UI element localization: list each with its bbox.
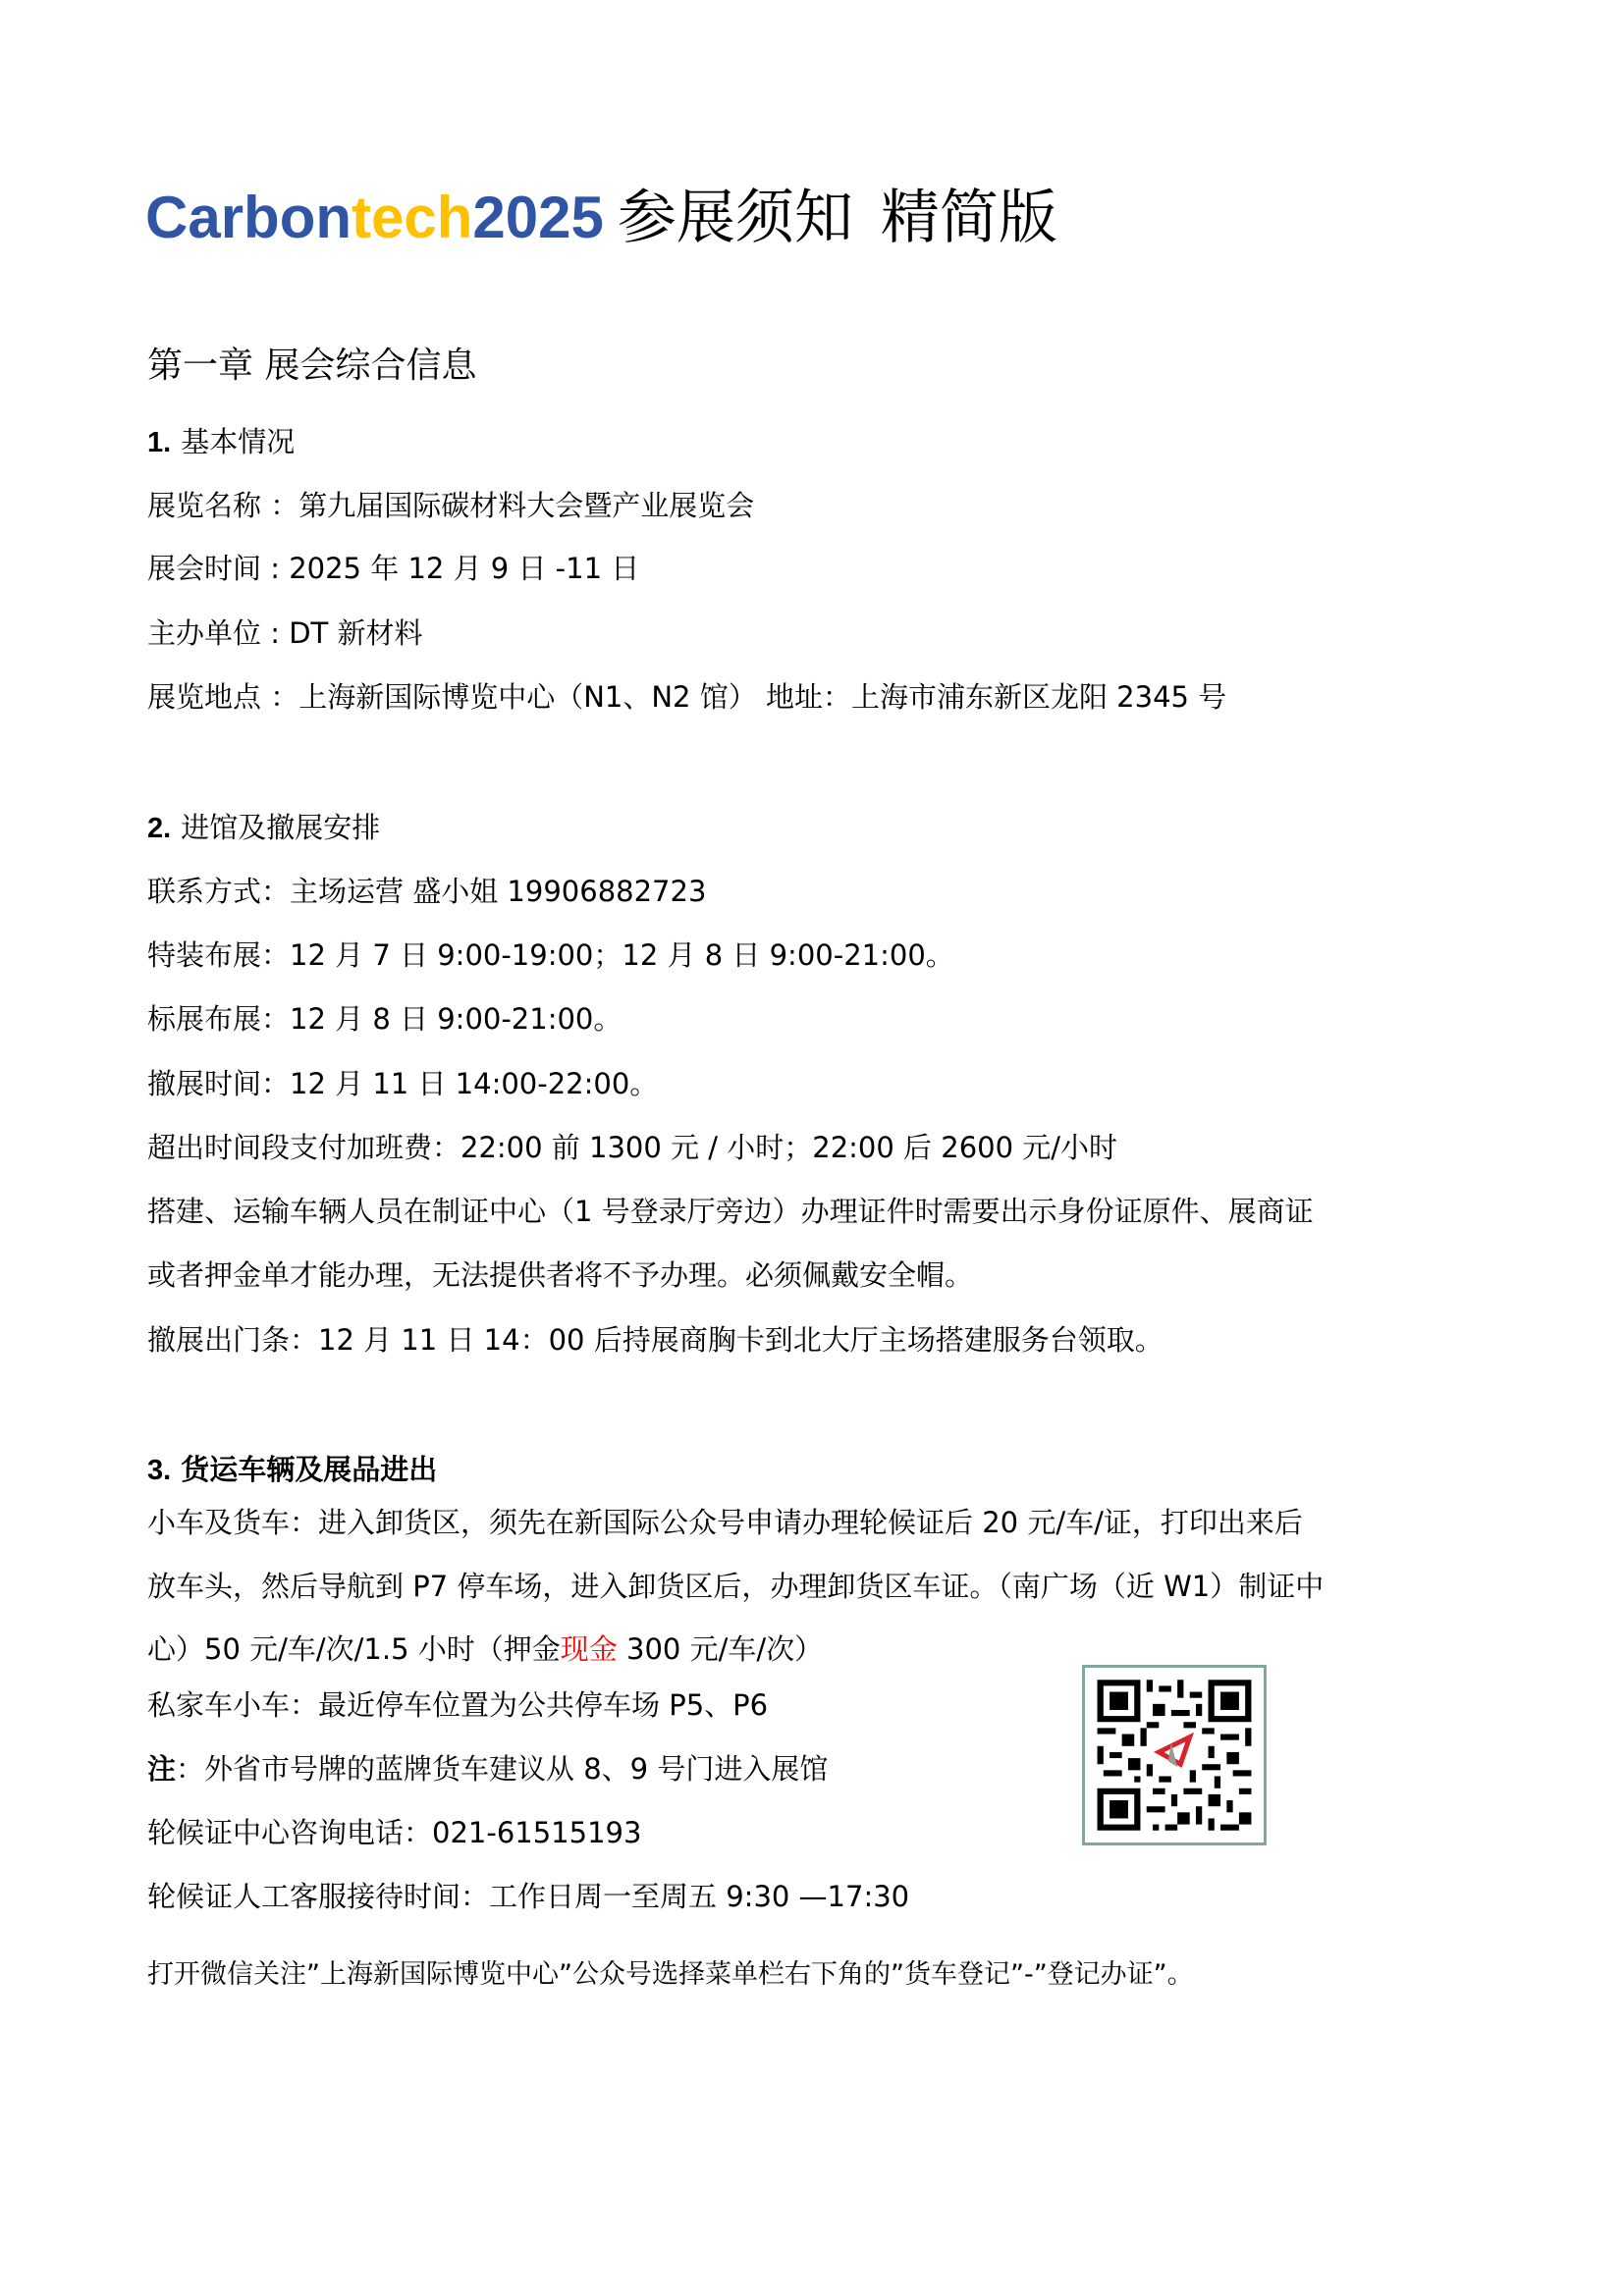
title-carbon: Carbon xyxy=(145,185,352,250)
cash-highlight: 现金 xyxy=(561,1632,618,1666)
truck-info-line1: 小车及货车：进入卸货区，须先在新国际公众号申请办理轮候证后 20 元/车/证，打… xyxy=(147,1503,1303,1542)
title-edition: 精简版 xyxy=(881,184,1057,252)
private-car-parking: 私家车小车：最近停车位置为公共停车场 P5、P6 xyxy=(147,1685,768,1725)
truck-info-line3: 心）50 元/车/次/1.5 小时（押金现金 300 元/车/次） xyxy=(147,1629,823,1669)
truck-fee-text: 心）50 元/车/次/1.5 小时（押金 xyxy=(147,1632,561,1666)
queue-pass-hotline: 轮候证中心咨询电话：021-61515193 xyxy=(147,1813,641,1852)
info-organizer: 主办单位 : DT 新材料 xyxy=(147,614,422,653)
deposit-text: 300 元/车/次） xyxy=(618,1632,823,1666)
section-1-heading: 1.基本情况 xyxy=(147,422,295,462)
truck-info-line2: 放车头，然后导航到 P7 停车场，进入卸货区后，办理卸货区车证。（南广场（近 W… xyxy=(147,1567,1324,1606)
info-exhibition-name: 展览名称 ：第九届国际碳材料大会暨产业展览会 xyxy=(147,486,754,525)
title-cn: 参展须知 xyxy=(618,184,853,252)
section-2-heading: 2.进馆及撤展安排 xyxy=(147,808,380,848)
standard-booth-setup: 标展布展：12 月 8 日 9:00-21:00。 xyxy=(147,999,622,1039)
qr-code-icon xyxy=(1082,1665,1267,1845)
title-year: 2025 xyxy=(472,185,603,250)
note-text: ：外省市号牌的蓝牌货车建议从 8、9 号门进入展馆 xyxy=(176,1752,828,1786)
section-number: 1. xyxy=(147,427,171,458)
chapter-heading: 第一章 展会综合信息 xyxy=(147,344,476,389)
section-number: 2. xyxy=(147,813,171,844)
note-line: 注：外省市号牌的蓝牌货车建议从 8、9 号门进入展馆 xyxy=(147,1749,828,1789)
info-exhibition-time: 展会时间 : 2025 年 12 月 9 日 -11 日 xyxy=(147,549,639,588)
section-title: 货运车辆及展品进出 xyxy=(181,1453,437,1486)
overtime-fee: 超出时间段支付加班费：22:00 前 1300 元 / 小时；22:00 后 2… xyxy=(147,1128,1117,1167)
wechat-instructions: 打开微信关注”上海新国际博览中心”公众号选择菜单栏右下角的”货车登记”-”登记办… xyxy=(147,1955,1194,1995)
section-3-heading: 3.货运车辆及展品进出 xyxy=(147,1450,437,1490)
pass-requirements-line2: 或者押金单才能办理，无法提供者将不予办理。必须佩戴安全帽。 xyxy=(147,1255,973,1295)
section-number: 3. xyxy=(147,1455,171,1486)
title-tech: tech xyxy=(352,185,472,250)
special-booth-setup: 特装布展：12 月 7 日 9:00-19:00；12 月 8 日 9:00-2… xyxy=(147,935,954,975)
service-hours: 轮候证人工客服接待时间：工作日周一至周五 9:30 —17:30 xyxy=(147,1877,909,1916)
section-title: 基本情况 xyxy=(181,425,295,458)
note-label: 注 xyxy=(147,1752,176,1786)
pass-requirements-line1: 搭建、运输车辆人员在制证中心（1 号登录厅旁边）办理证件时需要出示身份证原件、展… xyxy=(147,1192,1314,1231)
contact-line: 联系方式：主场运营 盛小姐 19906882723 xyxy=(147,872,706,911)
section-title: 进馆及撤展安排 xyxy=(181,811,380,844)
document-title: Carbontech2025参展须知精简版 xyxy=(145,179,1057,257)
info-venue: 展览地点 ：上海新国际博览中心（N1、N2 馆） 地址：上海市浦东新区龙阳 23… xyxy=(147,677,1226,717)
exit-slip-info: 撤展出门条：12 月 11 日 14：00 后持展商胸卡到北大厅主场搭建服务台领… xyxy=(147,1320,1164,1360)
dismantle-time: 撤展时间：12 月 11 日 14:00-22:00。 xyxy=(147,1064,658,1103)
